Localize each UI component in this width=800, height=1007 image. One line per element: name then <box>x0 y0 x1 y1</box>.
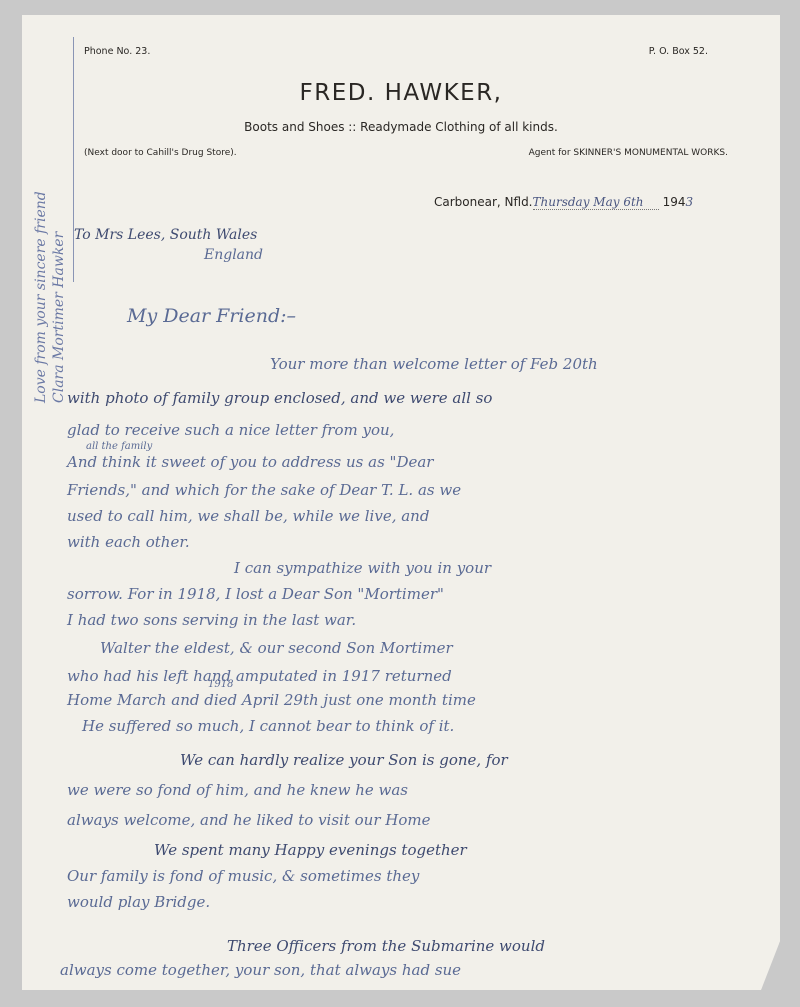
body-line: We spent many Happy evenings together <box>154 841 467 859</box>
body-line: Home March and died April 29th just one … <box>67 691 476 709</box>
dateline-year-printed: 194 <box>663 195 686 209</box>
dateline-place: Carbonear, Nfld. <box>434 195 533 209</box>
body-line: We can hardly realize your Son is gone, … <box>180 751 508 769</box>
margin-note: Love from your sincere friend Clara Mort… <box>32 43 68 403</box>
letterhead-phone: Phone No. 23. <box>84 46 150 57</box>
body-line: glad to receive such a nice letter from … <box>67 421 394 439</box>
dateline: Carbonear, Nfld.Thursday May 6th 1943 <box>434 195 693 210</box>
margin-note-line1: Love from your sincere friend <box>32 43 50 403</box>
body-line: Your more than welcome letter of Feb 20t… <box>270 355 598 373</box>
body-line: with each other. <box>67 533 190 551</box>
address-line2: England <box>204 247 263 263</box>
address-line1: To Mrs Lees, South Wales <box>74 227 257 243</box>
body-line: sorrow. For in 1918, I lost a Dear Son "… <box>67 585 444 603</box>
body-line: who had his left hand amputated in 1917 … <box>67 667 452 685</box>
body-line: we were so fond of him, and he knew he w… <box>67 781 408 799</box>
letterhead-tagline: Boots and Shoes :: Readymade Clothing of… <box>22 120 780 134</box>
body-line: Three Officers from the Submarine would <box>227 937 545 955</box>
body-line: He suffered so much, I cannot bear to th… <box>82 717 454 735</box>
body-line: used to call him, we shall be, while we … <box>67 507 429 525</box>
body-line: always welcome, and he liked to visit ou… <box>67 811 431 829</box>
salutation: My Dear Friend:– <box>127 305 296 327</box>
body-line: always come together, your son, that alw… <box>60 961 461 979</box>
letterhead-company-name: FRED. HAWKER, <box>22 80 780 106</box>
body-line: would play Bridge. <box>67 893 210 911</box>
margin-rule <box>73 37 74 282</box>
letter-page: Phone No. 23. P. O. Box 52. FRED. HAWKER… <box>22 15 780 990</box>
body-line: Walter the eldest, & our second Son Mort… <box>100 639 453 657</box>
dateline-year-handwritten: 3 <box>686 195 694 209</box>
letterhead-agent: Agent for SKINNER'S MONUMENTAL WORKS. <box>529 148 728 158</box>
insertion-year-1918: 1918 <box>208 679 233 690</box>
body-line: Friends," and which for the sake of Dear… <box>67 481 461 499</box>
margin-note-line2: Clara Mortimer Hawker <box>50 43 68 403</box>
letterhead-po-box: P. O. Box 52. <box>649 46 708 57</box>
body-line: I can sympathize with you in your <box>234 559 491 577</box>
body-line: I had two sons serving in the last war. <box>67 611 356 629</box>
body-line: Our family is fond of music, & sometimes… <box>67 867 419 885</box>
body-line: with photo of family group enclosed, and… <box>67 389 492 407</box>
letterhead-location-note: (Next door to Cahill's Drug Store). <box>84 148 237 158</box>
dateline-handwritten-date: Thursday May 6th <box>533 195 644 209</box>
body-line: And think it sweet of you to address us … <box>67 453 433 471</box>
insertion-all-the-family: all the family <box>86 441 152 452</box>
